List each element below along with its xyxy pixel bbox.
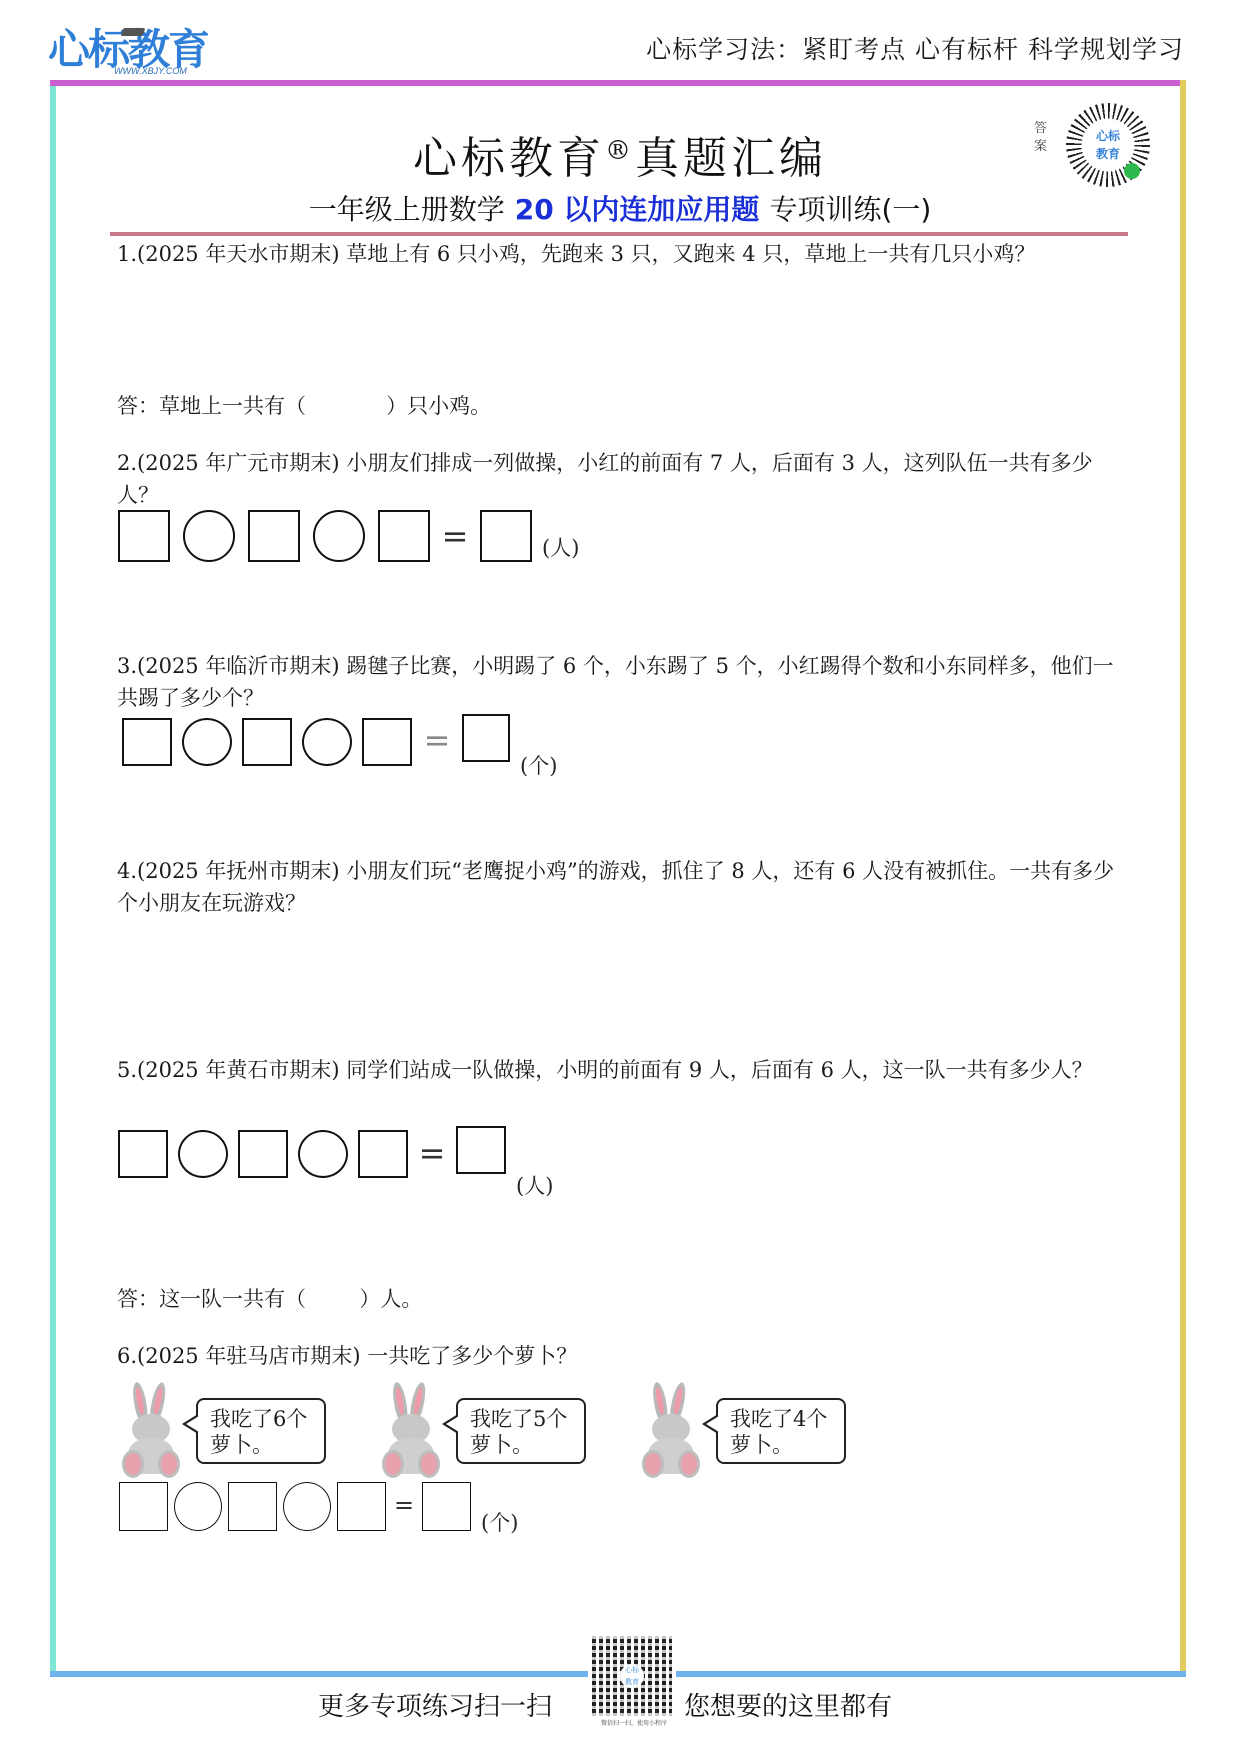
bubble-line: 我吃了4个 (730, 1406, 844, 1432)
operator-circle[interactable] (178, 1130, 228, 1178)
answer-box[interactable] (118, 510, 170, 562)
title-suffix: 真题汇编 (635, 133, 827, 184)
equals-sign: = (386, 1482, 422, 1528)
operator-circle[interactable] (313, 510, 365, 562)
answer-label: 答案 (1034, 120, 1054, 156)
right-border-bar (1180, 80, 1186, 1671)
unit-label: (人) (542, 532, 579, 562)
answer-line-1: 答：草地上一共有（ ）只小鸡。 (117, 390, 491, 420)
answer-qr-logo: 心标 教育 (1086, 123, 1130, 167)
subtitle-suffix: 专项训练(一) (769, 193, 931, 226)
result-box[interactable] (462, 714, 510, 762)
title-divider (110, 232, 1128, 236)
operator-circle[interactable] (182, 718, 232, 766)
speech-bubble-2: 我吃了5个 萝卜。 (456, 1398, 586, 1464)
question-5: 5.(2025 年黄石市期末) 同学们站成一队做操，小明的前面有 9 人，后面有… (117, 1054, 1117, 1086)
equation-q6: = (个) (119, 1482, 518, 1531)
equals-sign: = (412, 718, 462, 762)
title-main: 心标教育 (413, 133, 605, 184)
result-box[interactable] (422, 1482, 471, 1531)
logo-url: WWW.XBJY.COM (114, 66, 187, 76)
bubble-line: 我吃了5个 (470, 1406, 584, 1432)
question-4: 4.(2025 年抚州市期末) 小朋友们玩“老鹰捉小鸡”的游戏，抓住了 8 人，… (117, 855, 1117, 919)
operator-circle[interactable] (174, 1482, 222, 1531)
answer-box[interactable] (119, 1482, 168, 1531)
unit-label: (个) (520, 750, 557, 780)
equals-sign: = (430, 510, 480, 562)
top-border-bar (50, 80, 1184, 86)
answer-line-5: 答：这一队一共有（ ）人。 (117, 1283, 422, 1313)
qr-logo-line1: 心标 (1086, 127, 1130, 145)
footer-qr-caption: 微信扫一扫，使用小程序 (592, 1718, 676, 1727)
result-box[interactable] (480, 510, 532, 562)
unit-label: (人) (516, 1170, 553, 1200)
bunny-illustration (120, 1382, 180, 1474)
bubble-line: 萝卜。 (470, 1432, 584, 1458)
answer-box[interactable] (248, 510, 300, 562)
qr-logo-line2: 教育 (1086, 145, 1130, 163)
bubble-line: 萝卜。 (730, 1432, 844, 1458)
answer-box[interactable] (242, 718, 292, 766)
bunny-illustration (380, 1382, 440, 1474)
question-6: 6.(2025 年驻马店市期末) 一共吃了多少个萝卜？ (117, 1340, 1117, 1372)
question-1: 1.(2025 年天水市期末) 草地上有 6 只小鸡，先跑来 3 只，又跑来 4… (117, 238, 1117, 270)
equation-q2: = (人) (118, 510, 579, 562)
brand-logo: 心标教育 WWW.XBJY.COM (48, 24, 218, 80)
qr-logo-line1: 心标 (620, 1664, 644, 1676)
result-box[interactable] (456, 1126, 506, 1174)
question-2: 2.(2025 年广元市期末) 小朋友们排成一列做操，小红的前面有 7 人，后面… (117, 447, 1117, 511)
answer-box[interactable] (238, 1130, 288, 1178)
header-motto: 心标学习法：紧盯考点 心有标杆 科学规划学习 (646, 30, 1184, 66)
answer-box[interactable] (228, 1482, 277, 1531)
footer-text-left: 更多专项练习扫一扫 (318, 1686, 552, 1723)
bunny-illustration (640, 1382, 700, 1474)
speech-bubble-3: 我吃了4个 萝卜。 (716, 1398, 846, 1464)
question-3: 3.(2025 年临沂市期末) 踢毽子比赛，小明踢了 6 个，小东踢了 5 个，… (117, 650, 1117, 714)
operator-circle[interactable] (298, 1130, 348, 1178)
unit-label: (个) (481, 1507, 518, 1537)
operator-circle[interactable] (302, 718, 352, 766)
bottom-border-bar-left (50, 1671, 588, 1677)
operator-circle[interactable] (183, 510, 235, 562)
page-subtitle: 一年级上册数学20 以内连加应用题专项训练(一) (0, 188, 1240, 228)
bottom-border-bar-right (676, 1671, 1186, 1677)
answer-box[interactable] (358, 1130, 408, 1178)
bubble-line: 萝卜。 (210, 1432, 324, 1458)
equation-q3: = (个) (122, 718, 557, 766)
speech-bubble-1: 我吃了6个 萝卜。 (196, 1398, 326, 1464)
registered-mark: ® (605, 136, 635, 166)
page-title: 心标教育®真题汇编 (0, 122, 1240, 186)
subtitle-prefix: 一年级上册数学 (309, 193, 505, 226)
operator-circle[interactable] (283, 1482, 331, 1531)
answer-box[interactable] (118, 1130, 168, 1178)
subtitle-highlight: 20 以内连加应用题 (515, 193, 760, 226)
qr-logo-line2: 教育 (620, 1676, 644, 1688)
left-border-bar (50, 86, 56, 1671)
bubble-line: 我吃了6个 (210, 1406, 324, 1432)
answer-box[interactable] (362, 718, 412, 766)
answer-box[interactable] (122, 718, 172, 766)
graduation-cap-icon (121, 28, 146, 36)
equals-sign: = (408, 1130, 456, 1176)
footer-qr-logo: 心标 教育 (620, 1664, 644, 1688)
mini-program-badge-icon (1124, 163, 1140, 179)
footer-text-right: 您想要的这里都有 (684, 1686, 892, 1723)
answer-box[interactable] (378, 510, 430, 562)
answer-box[interactable] (337, 1482, 386, 1531)
equation-q5: = (人) (118, 1130, 553, 1178)
